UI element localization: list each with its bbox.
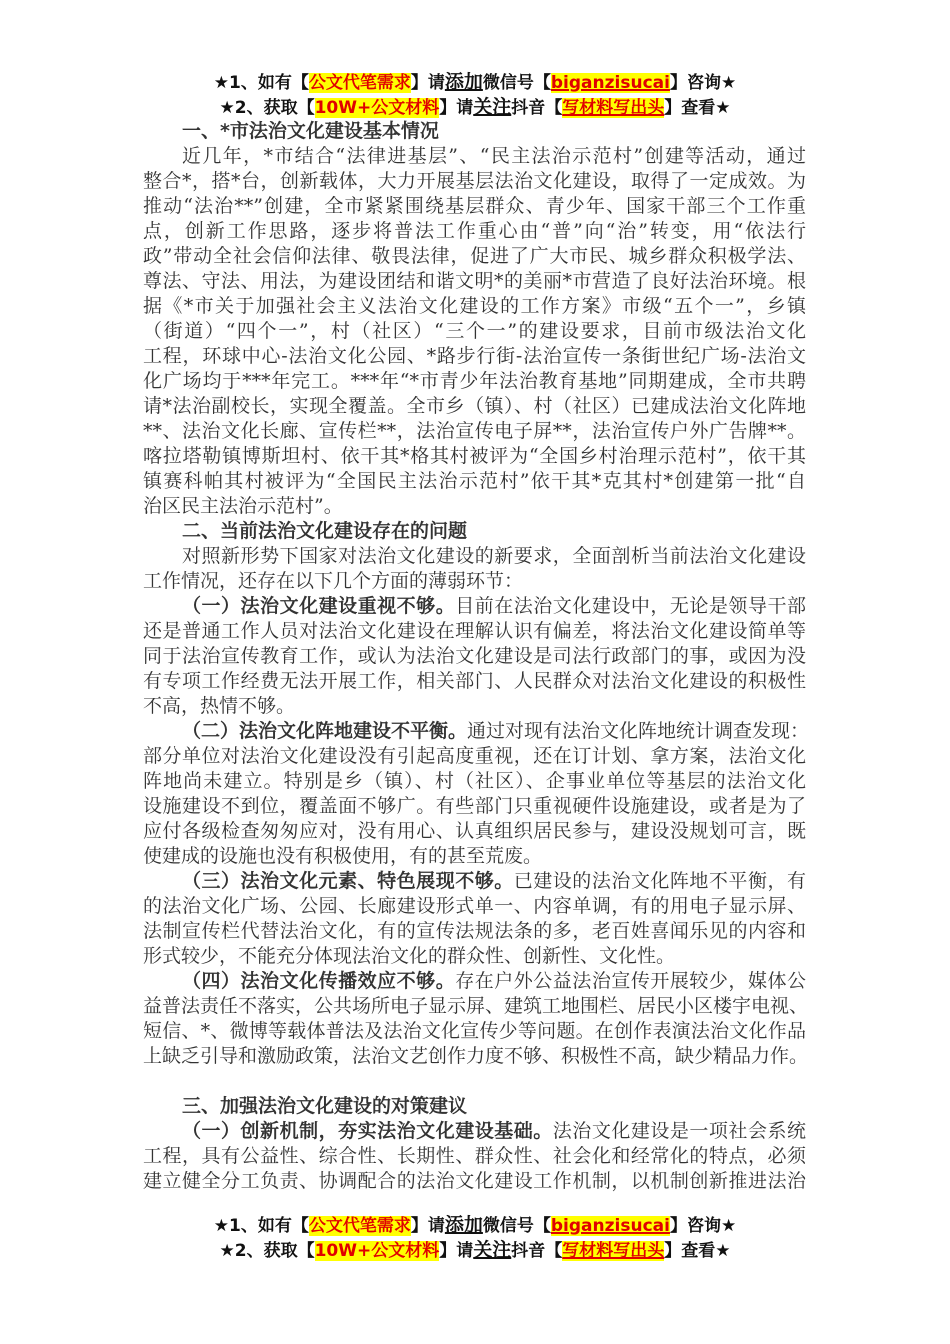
douyin-id-highlight: 写材料写出头 [562,1241,664,1261]
promo-text: 微信号【 [483,1216,551,1236]
paragraph-line: 形式较少，不能充分体现法治文化的群众性、创新性、文化性。 [143,944,806,969]
wechat-id-highlight: biganzisucai [551,73,670,93]
paragraph-line: 请*法治副校长，实现全覆盖。全市乡（镇）、村（社区）已建成法治文化阵地 [143,394,806,419]
paragraph-text: 已建设的法治文化阵地不平衡，有 [514,870,806,892]
promo-text: 】请 [411,1216,445,1236]
paragraph-line: 法制宣传栏代替法治文化，有的宣传法规法条的多，老百姓喜闻乐见的内容和 [143,919,806,944]
subsection-title: （四）法治文化传播效应不够。 [182,970,455,992]
promo-highlight: 公文代笔需求 [309,1216,411,1236]
paragraph-line: 不高，热情不够。 [143,694,806,719]
paragraph-line: 还是普通工作人员对法治文化建设在理解认识有偏差，将法治文化建设简单等 [143,619,806,644]
paragraph-line: 政”带动全社会信仰法律、敬畏法律，促进了广大市民、城乡群众积极学法、 [143,244,806,269]
paragraph-line: 工程，具有公益性、综合性、长期性、群众性、社会化和经常化的特点，必须 [143,1144,806,1169]
paragraph-line: 建立健全分工负责、协调配合的法治文化建设工作机制，以机制创新推进法治 [143,1169,806,1194]
subsection-first-line: （三）法治文化元素、特色展现不够。已建设的法治文化阵地不平衡，有 [143,869,806,894]
promo-text: 微信号【 [483,73,551,93]
paragraph-text: 法治文化建设是一项社会系统 [553,1120,806,1142]
promo-text: ★2、获取【 [220,98,315,118]
promo-text: 】请 [439,1241,473,1261]
paragraph-line: 阵地尚未建立。特别是乡（镇）、村（社区）、企事业单位等基层的法治文化 [143,769,806,794]
paragraph-line: 部分单位对法治文化建设没有引起高度重视，还在订计划、拿方案，法治文化 [143,744,806,769]
promo-text: ★2、获取【 [220,1241,315,1261]
subsection-title: （一）法治文化建设重视不够。 [182,595,455,617]
douyin-id-highlight: 写材料写出头 [562,98,664,118]
promo-underline: 关注 [473,96,511,118]
promo-text: 】请 [439,98,473,118]
paragraph-line: 推动“法治**”创建，全市紧紧围绕基层群众、青少年、国家干部三个工作重 [143,194,806,219]
promo-highlight: 公文代笔需求 [309,73,411,93]
paragraph-text: 通过对现有法治文化阵地统计调查发现： [467,720,809,742]
subsection-first-line: （一）创新机制，夯实法治文化建设基础。法治文化建设是一项社会系统 [143,1119,806,1144]
paragraph-line: 短信、*、微博等载体普法及法治文化宣传少等问题。在创作表演法治文化作品 [143,1019,806,1044]
promo-line-1: ★1、如有【公文代笔需求】请添加微信号【biganzisucai】咨询★ [0,1213,950,1238]
promo-text: 】咨询★ [670,1216,736,1236]
promo-text: 】咨询★ [670,73,736,93]
subsection-first-line: （四）法治文化传播效应不够。存在户外公益法治宣传开展较少，媒体公 [143,969,806,994]
paragraph-line: 工作情况，还存在以下几个方面的薄弱环节： [143,569,806,594]
promo-text: 抖音【 [511,98,562,118]
subsection-first-line: （一）法治文化建设重视不够。目前在法治文化建设中，无论是领导干部 [143,594,806,619]
paragraph-line: 使建成的设施也没有积极使用，有的甚至荒废。 [143,844,806,869]
paragraph-line: 益普法责任不落实，公共场所电子显示屏、建筑工地围栏、居民小区楼宇电视、 [143,994,806,1019]
section-heading-3: 三、加强法治文化建设的对策建议 [143,1094,806,1119]
subsection-title: （三）法治文化元素、特色展现不够。 [182,870,514,892]
promo-text: 】查看★ [664,98,730,118]
promo-banner-bottom: ★1、如有【公文代笔需求】请添加微信号【biganzisucai】咨询★ ★2、… [0,1213,950,1263]
promo-text: 】查看★ [664,1241,730,1261]
paragraph-line: 喀拉塔勒镇博斯坦村、依干其*格其村被评为“全国乡村治理示范村”，依干其 [143,444,806,469]
promo-highlight: 10W+公文材料 [315,1241,440,1261]
promo-line-2: ★2、获取【10W+公文材料】请关注抖音【写材料写出头】查看★ [0,1238,950,1263]
subsection-first-line: （二）法治文化阵地建设不平衡。通过对现有法治文化阵地统计调查发现： [143,719,806,744]
paragraph-line: 点，创新工作思路，逐步将普法工作重心由“普”向“治”转变，用“依法行 [143,219,806,244]
promo-underline: 关注 [473,1239,511,1261]
paragraph-line: 设施建设不到位，覆盖面不够广。有些部门只重视硬件设施建设，或者是为了 [143,794,806,819]
paragraph-line: 尊法、守法、用法，为建设团结和谐文明*的美丽*市营造了良好法治环境。根 [143,269,806,294]
promo-underline: 添加 [445,71,483,93]
paragraph-line: **、法治文化长廊、宣传栏**，法治宣传电子屏**，法治宣传户外广告牌**。 [143,419,806,444]
promo-underline: 添加 [445,1214,483,1236]
subsection-title: （二）法治文化阵地建设不平衡。 [182,720,467,742]
paragraph-line: 工程，环球中心-法治文化公园、*路步行街-法治宣传一条街世纪广场-法治文 [143,344,806,369]
paragraph-line: 镇赛科帕其村被评为“全国民主法治示范村”依干其*克其村*创建第一批“自 [143,469,806,494]
promo-text: ★1、如有【 [214,1216,309,1236]
paragraph-line: 有专项工作经费无法开展工作，相关部门、人民群众对法治文化建设的积极性 [143,669,806,694]
section-heading-2: 二、当前法治文化建设存在的问题 [143,519,806,544]
paragraph-line: 对照新形势下国家对法治文化建设的新要求，全面剖析当前法治文化建设 [143,544,806,569]
blank-line [143,1069,806,1094]
promo-banner-top: ★1、如有【公文代笔需求】请添加微信号【biganzisucai】咨询★ ★2、… [0,70,950,120]
paragraph-text: 存在户外公益法治宣传开展较少，媒体公 [455,970,806,992]
paragraph-line: 上缺乏引导和激励政策，法治文艺创作力度不够、积极性不高，缺少精品力作。 [143,1044,806,1069]
paragraph-line: （街道）“四个一”，村（社区）“三个一”的建设要求，目前市级法治文化 [143,319,806,344]
paragraph-text: 目前在法治文化建设中，无论是领导干部 [455,595,806,617]
paragraph-line: 治区民主法治示范村”。 [143,494,806,519]
promo-text: 抖音【 [511,1241,562,1261]
promo-highlight: 10W+公文材料 [315,98,440,118]
promo-line-2: ★2、获取【10W+公文材料】请关注抖音【写材料写出头】查看★ [0,95,950,120]
paragraph-line: 同于法治宣传教育工作，或认为法治文化建设是司法行政部门的事，或因为没 [143,644,806,669]
promo-text: ★1、如有【 [214,73,309,93]
paragraph-line: 整合*，搭*台，创新载体，大力开展基层法治文化建设，取得了一定成效。为 [143,169,806,194]
paragraph-line: 化广场均于***年完工。***年“*市青少年法治教育基地”同期建成，全市共聘 [143,369,806,394]
paragraph-line: 据《*市关于加强社会主义法治文化建设的工作方案》市级“五个一”，乡镇 [143,294,806,319]
paragraph-line: 的法治文化广场、公园、长廊建设形式单一、内容单调，有的用电子显示屏、 [143,894,806,919]
document-page: ★1、如有【公文代笔需求】请添加微信号【biganzisucai】咨询★ ★2、… [0,0,950,1344]
document-body: 一、*市法治文化建设基本情况 近几年，*市结合“法律进基层”、“民主法治示范村”… [143,119,806,1194]
section-heading-1: 一、*市法治文化建设基本情况 [143,119,806,144]
wechat-id-highlight: biganzisucai [551,1216,670,1236]
subsection-title: （一）创新机制，夯实法治文化建设基础。 [182,1120,553,1142]
paragraph-line: 应付各级检查匆匆应对，没有用心、认真组织居民参与，建设没规划可言，既 [143,819,806,844]
paragraph-line: 近几年，*市结合“法律进基层”、“民主法治示范村”创建等活动，通过 [143,144,806,169]
promo-line-1: ★1、如有【公文代笔需求】请添加微信号【biganzisucai】咨询★ [0,70,950,95]
promo-text: 】请 [411,73,445,93]
